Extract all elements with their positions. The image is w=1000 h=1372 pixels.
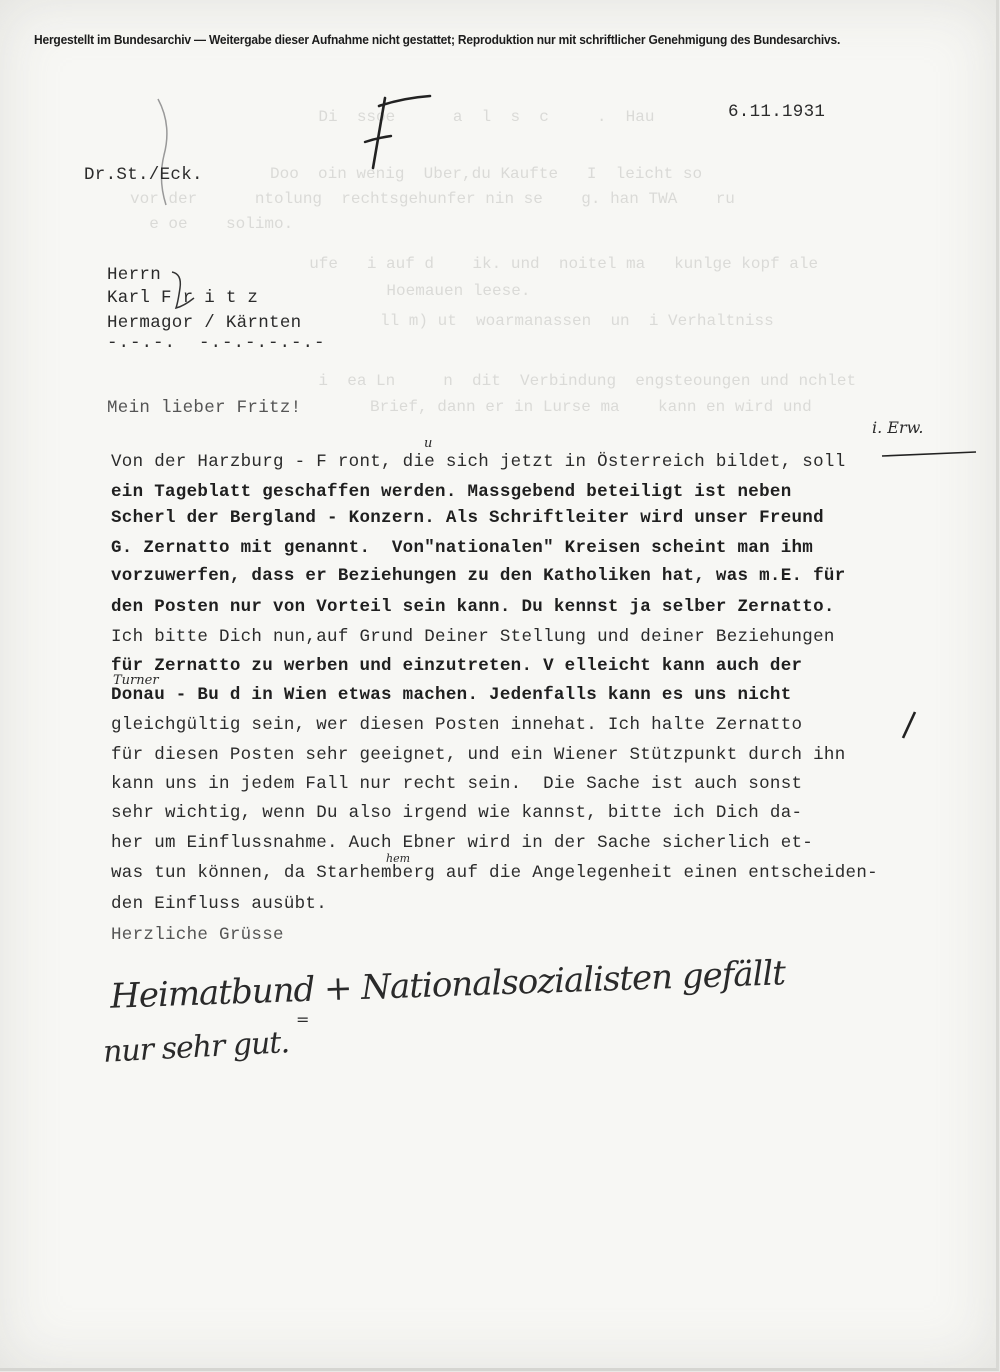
margin-bracket-mark xyxy=(150,95,180,215)
recipient-location: Hermagor / Kärnten xyxy=(107,313,301,333)
body-line: vorzuwerfen, dass er Beziehungen zu den … xyxy=(111,566,846,586)
handwritten-annotation-donau: Turner xyxy=(113,673,159,688)
bleed-through-text: Doo oin wenig Uber,du Kaufte I leicht so xyxy=(270,165,702,183)
bleed-through-text: Di ssoe a l s c . Hau xyxy=(280,108,712,126)
bleed-through-text: vor der ntolung rechtsgehunfer nin se g.… xyxy=(130,190,735,208)
bleed-through-text: ufe i auf d ik. und noitel ma kunlge kop… xyxy=(290,255,818,273)
handwritten-annotation-soll: i. Erw. xyxy=(872,418,924,437)
bleed-through-text: ll m) ut woarmanassen un i Verhaltniss xyxy=(380,312,774,330)
reference-code: Dr.St./Eck. xyxy=(84,165,203,185)
body-line: den Posten nur von Vorteil sein kann. Du… xyxy=(111,597,835,617)
handwritten-slash-mark xyxy=(895,708,925,744)
body-line: G. Zernatto mit genannt. Von"nationalen"… xyxy=(111,538,813,558)
scanned-letter-page: Di ssoe a l s c . Hau Doo oin wenig Uber… xyxy=(0,0,999,1371)
bleed-through-text: Brief, dann er in Lurse ma kann en wird … xyxy=(370,398,812,416)
salutation: Mein lieber Fritz! xyxy=(107,398,301,418)
body-line: sehr wichtig, wenn Du also irgend wie ka… xyxy=(111,803,802,823)
body-line: her um Einflussnahme. Auch Ebner wird in… xyxy=(111,833,813,853)
handwritten-overline-soll xyxy=(880,448,980,462)
body-line: Scherl der Bergland - Konzern. Als Schri… xyxy=(111,508,824,528)
handwritten-note-line1: Heimatbund + Nationalsozialisten gefällt xyxy=(110,953,786,1017)
body-line: Donau - Bu d in Wien etwas machen. Jeden… xyxy=(111,685,792,705)
handwritten-f-mark xyxy=(355,90,445,180)
body-line: Von der Harzburg - F ront, die sich jetz… xyxy=(111,452,846,472)
body-line: kann uns in jedem Fall nur recht sein. D… xyxy=(111,774,802,794)
body-line: den Einfluss ausübt. xyxy=(111,894,327,914)
body-line: für Zernatto zu werben und einzutreten. … xyxy=(111,656,802,676)
body-line: ein Tageblatt geschaffen werden. Massgeb… xyxy=(111,482,792,502)
body-line: was tun können, da Starhemberg auf die A… xyxy=(111,863,878,883)
body-line: gleichgültig sein, wer diesen Posten inn… xyxy=(111,715,802,735)
recipient-title: Herrn xyxy=(107,265,161,285)
handwritten-hook-mark xyxy=(170,268,210,313)
handwritten-note-line2: nur sehr gut. xyxy=(102,1025,290,1070)
body-line: für diesen Posten sehr geeignet, und ein… xyxy=(111,745,846,765)
handwritten-insert-u: u xyxy=(424,436,432,451)
body-line: Ich bitte Dich nun,auf Grund Deiner Stel… xyxy=(111,627,835,647)
bleed-through-text: i ea Ln n dit Verbindung engsteoungen un… xyxy=(280,372,856,390)
letter-date: 6.11.1931 xyxy=(728,102,825,122)
handwritten-equals-mark: = xyxy=(296,1010,309,1029)
archive-stamp: Hergestellt im Bundesarchiv — Weitergabe… xyxy=(34,33,840,47)
handwritten-annotation-starhemberg: hem xyxy=(386,852,410,865)
closing-greeting: Herzliche Grüsse xyxy=(111,925,284,945)
bleed-through-text: Hoemauen leese. xyxy=(300,282,530,300)
bleed-through-text: e oe solimo. xyxy=(130,215,293,233)
recipient-underline: -.-.-. -.-.-.-.-.- xyxy=(107,333,326,353)
